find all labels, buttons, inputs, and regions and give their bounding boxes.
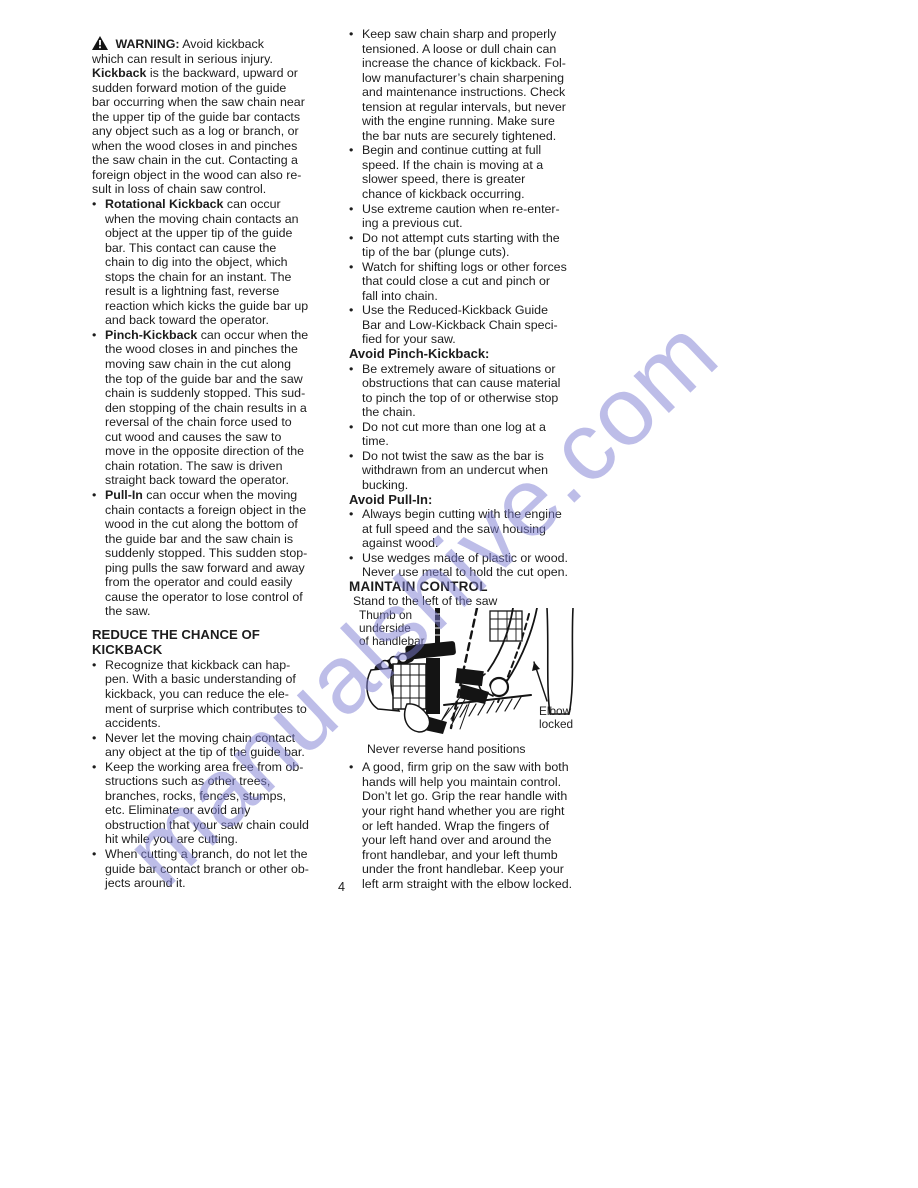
bullet-text: Never let the moving chain contactany ob… — [105, 731, 305, 760]
bullet-text: Keep the working area free from ob-struc… — [105, 760, 309, 847]
bullet-text: Rotational Kickback can occurwhen the mo… — [105, 197, 308, 328]
bullet-marker: • — [92, 731, 105, 760]
bullet-list: •Be extremely aware of situations orobst… — [349, 362, 593, 493]
bullet-text: Do not cut more than one log at atime. — [362, 420, 546, 449]
bullet-list: •Keep saw chain sharp and properlytensio… — [349, 27, 593, 347]
paragraph: WARNING: Avoid kickbackwhich can result … — [92, 36, 335, 197]
bullet-item: •Pinch-Kickback can occur when thethe wo… — [92, 328, 335, 488]
section-heading: MAINTAIN CONTROL — [349, 580, 593, 595]
section-heading: REDUCE THE CHANCE OFKICKBACK — [92, 627, 335, 657]
section-heading: Avoid Pull-In: — [349, 493, 593, 508]
bullet-marker: • — [349, 760, 362, 891]
bullet-item: •Use wedges made of plastic or wood.Neve… — [349, 551, 593, 580]
bullet-text: Be extremely aware of situations orobstr… — [362, 362, 560, 420]
bullet-item: •Pull-In can occur when the movingchain … — [92, 488, 335, 619]
right-column-lower-blocks: •A good, firm grip on the saw with bothh… — [349, 760, 593, 891]
bullet-item: •Keep saw chain sharp and properlytensio… — [349, 27, 593, 143]
bullet-item: •A good, firm grip on the saw with bothh… — [349, 760, 593, 891]
bullet-marker: • — [92, 328, 105, 488]
bullet-marker: • — [349, 362, 362, 420]
section-heading: Avoid Pinch-Kickback: — [349, 347, 593, 362]
page-number: 4 — [338, 880, 345, 894]
bullet-text: Pull-In can occur when the movingchain c… — [105, 488, 307, 619]
bullet-marker: • — [92, 197, 105, 328]
left-column: WARNING: Avoid kickbackwhich can result … — [92, 36, 335, 891]
bullet-text: Recognize that kickback can hap-pen. Wit… — [105, 658, 307, 731]
bullet-marker: • — [92, 658, 105, 731]
bullet-item: •Be extremely aware of situations orobst… — [349, 362, 593, 420]
bullet-marker: • — [349, 449, 362, 493]
bullet-marker: • — [92, 488, 105, 619]
bullet-list: •Recognize that kickback can hap-pen. Wi… — [92, 658, 335, 891]
bullet-item: •Watch for shifting logs or other forces… — [349, 260, 593, 304]
bullet-item: •Do not twist the saw as the bar iswithd… — [349, 449, 593, 493]
bullet-marker: • — [92, 847, 105, 891]
bullet-item: •Rotational Kickback can occurwhen the m… — [92, 197, 335, 328]
bullet-item: •Always begin cutting with the engineat … — [349, 507, 593, 551]
figure-caption-stand: Stand to the left of the saw — [353, 594, 593, 608]
manual-page: WARNING: Avoid kickbackwhich can result … — [0, 0, 918, 1188]
bullet-marker: • — [349, 202, 362, 231]
bullet-text: Always begin cutting with the engineat f… — [362, 507, 562, 551]
bullet-item: •When cutting a branch, do not let thegu… — [92, 847, 335, 891]
bullet-marker: • — [349, 303, 362, 347]
figure-label-thumb: Thumb on underside of handlebar — [359, 609, 425, 647]
bullet-text: When cutting a branch, do not let thegui… — [105, 847, 309, 891]
figure-caption-never-reverse: Never reverse hand positions — [367, 742, 593, 756]
bullet-text: Begin and continue cutting at fullspeed.… — [362, 143, 543, 201]
bullet-list: •Rotational Kickback can occurwhen the m… — [92, 197, 335, 619]
bullet-marker: • — [349, 551, 362, 580]
bullet-text: Use wedges made of plastic or wood.Never… — [362, 551, 568, 580]
bullet-marker: • — [349, 507, 362, 551]
bullet-item: •Do not attempt cuts starting with theti… — [349, 231, 593, 260]
bullet-item: •Use extreme caution when re-enter-ing a… — [349, 202, 593, 231]
bullet-list: •Always begin cutting with the engineat … — [349, 507, 593, 580]
maintain-control-figure: Stand to the left of the saw Thumb on un… — [349, 594, 593, 756]
bullet-text: Use the Reduced-Kickback GuideBar and Lo… — [362, 303, 558, 347]
bullet-item: •Begin and continue cutting at fullspeed… — [349, 143, 593, 201]
bullet-marker: • — [92, 760, 105, 847]
bullet-marker: • — [349, 143, 362, 201]
bullet-list: •A good, firm grip on the saw with bothh… — [349, 760, 593, 891]
bullet-marker: • — [349, 420, 362, 449]
bullet-marker: • — [349, 27, 362, 143]
bullet-text: Watch for shifting logs or other forcest… — [362, 260, 567, 304]
bullet-text: Keep saw chain sharp and properlytension… — [362, 27, 566, 143]
bullet-item: •Do not cut more than one log at atime. — [349, 420, 593, 449]
right-column: •Keep saw chain sharp and properlytensio… — [349, 27, 593, 891]
bullet-text: A good, firm grip on the saw with bothha… — [362, 760, 572, 891]
figure-label-elbow: Elbow locked — [539, 705, 573, 730]
bullet-marker: • — [349, 260, 362, 304]
bullet-text: Do not twist the saw as the bar iswithdr… — [362, 449, 548, 493]
bullet-marker: • — [349, 231, 362, 260]
figure-canvas: Thumb on underside of handlebar — [349, 608, 593, 739]
bullet-text: Do not attempt cuts starting with thetip… — [362, 231, 560, 260]
bullet-text: Use extreme caution when re-enter-ing a … — [362, 202, 560, 231]
bullet-item: •Recognize that kickback can hap-pen. Wi… — [92, 658, 335, 731]
right-column-upper-blocks: •Keep saw chain sharp and properlytensio… — [349, 27, 593, 594]
bullet-item: •Keep the working area free from ob-stru… — [92, 760, 335, 847]
bullet-item: •Never let the moving chain contactany o… — [92, 731, 335, 760]
bullet-item: •Use the Reduced-Kickback GuideBar and L… — [349, 303, 593, 347]
warning-triangle-icon — [92, 36, 108, 50]
bullet-text: Pinch-Kickback can occur when thethe woo… — [105, 328, 308, 488]
